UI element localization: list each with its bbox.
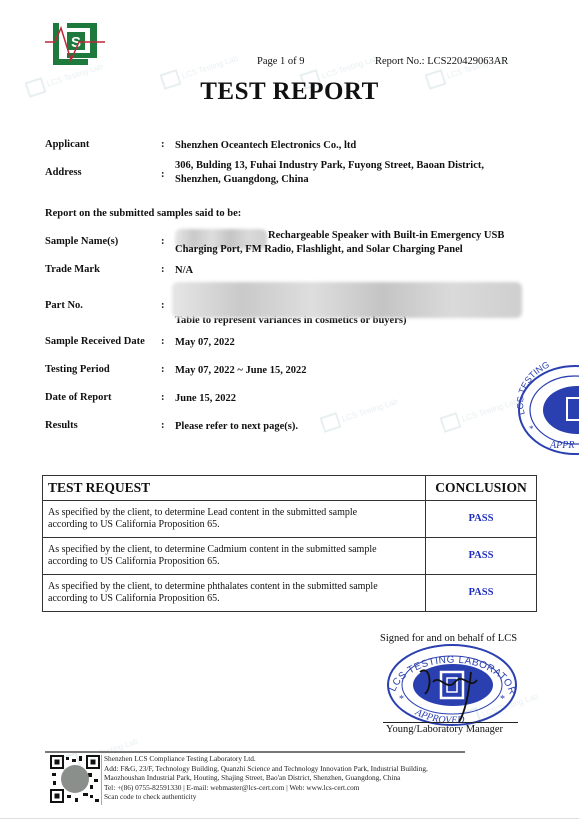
address-value: 306, Bulding 13, Fuhai Industry Park, Fu…: [175, 159, 535, 187]
footer-lab-name: Shenzhen LCS Compliance Testing Laborato…: [104, 754, 428, 764]
request-line: according to US California Proposition 6…: [48, 519, 420, 532]
testing-period-value: May 07, 2022 ~ June 15, 2022: [175, 364, 535, 378]
table-row: As specified by the client, to determine…: [43, 538, 537, 575]
lab-approval-stamp-icon: LCS TESTING LABORATORY APPROVED * *: [385, 642, 520, 727]
colon: :: [161, 392, 165, 403]
colon: :: [161, 336, 165, 347]
footer-contact: Tel: +(86) 0755-82591330 | E-mail: webma…: [104, 783, 428, 793]
results-label: Results: [45, 420, 78, 431]
applicant-label: Applicant: [45, 139, 89, 150]
table-row: As specified by the client, to determine…: [43, 501, 537, 538]
test-request-cell: As specified by the client, to determine…: [43, 501, 426, 538]
conclusion-cell: PASS: [426, 575, 537, 612]
svg-text:*: *: [529, 424, 534, 434]
date-of-report-label: Date of Report: [45, 392, 111, 403]
colon: :: [161, 139, 165, 150]
sample-name-label: Sample Name(s): [45, 236, 118, 247]
footer-lab-info: Shenzhen LCS Compliance Testing Laborato…: [104, 754, 428, 802]
footer-address-line: Maozhoushan Industrial Park, Houting, Sh…: [104, 773, 428, 783]
request-line: As specified by the client, to determine…: [48, 507, 420, 520]
testing-period-label: Testing Period: [45, 364, 110, 375]
qr-code-icon[interactable]: [50, 755, 100, 803]
svg-text:APPR: APPR: [549, 440, 574, 451]
page-title: TEST REPORT: [0, 78, 579, 106]
svg-text:*: *: [500, 694, 505, 705]
trade-mark-value: N/A: [175, 264, 535, 278]
request-line: according to US California Proposition 6…: [48, 593, 420, 606]
footer-divider: [45, 751, 465, 753]
lcs-logo-icon: S: [45, 20, 105, 70]
page-number: Page 1 of 9: [257, 56, 305, 67]
signer-name: Young/Laboratory Manager: [386, 724, 503, 735]
footer-address-line: Add: F&G, 23/F, Technology Building, Qua…: [104, 764, 428, 774]
test-request-cell: As specified by the client, to determine…: [43, 538, 426, 575]
part-no-label: Part No.: [45, 300, 83, 311]
address-line-1: 306, Bulding 13, Fuhai Industry Park, Fu…: [175, 159, 535, 173]
request-line: according to US California Proposition 6…: [48, 556, 420, 569]
footer-vertical-divider: [101, 755, 102, 805]
colon: :: [161, 300, 165, 311]
colon: :: [161, 236, 165, 247]
trade-mark-label: Trade Mark: [45, 264, 100, 275]
footer-scan-hint: Scan code to check authenticity: [104, 792, 428, 802]
table-row: As specified by the client, to determine…: [43, 575, 537, 612]
section-heading: Report on the submitted samples said to …: [45, 208, 241, 219]
address-line-2: Shenzhen, Guangdong, China: [175, 173, 535, 187]
signature-line: [383, 722, 518, 723]
conclusion-cell: PASS: [426, 501, 537, 538]
redacted-block: [172, 282, 522, 318]
test-request-cell: As specified by the client, to determine…: [43, 575, 426, 612]
results-value: Please refer to next page(s).: [175, 420, 535, 434]
page-bottom-border: [0, 818, 579, 819]
sample-name-line-2: Charging Port, FM Radio, Flashlight, and…: [175, 243, 535, 257]
address-label: Address: [45, 167, 82, 178]
sample-name-line-1: Rechargeable Speaker with Built-in Emerg…: [268, 229, 538, 243]
column-header-conclusion: CONCLUSION: [426, 476, 537, 501]
sample-received-date-value: May 07, 2022: [175, 336, 535, 350]
applicant-value: Shenzhen Oceantech Electronics Co., ltd: [175, 139, 535, 153]
colon: :: [161, 420, 165, 431]
report-number: Report No.: LCS220429063AR: [375, 56, 508, 67]
colon: :: [161, 169, 165, 180]
colon: :: [161, 264, 165, 275]
test-request-table: TEST REQUEST CONCLUSION As specified by …: [42, 475, 537, 612]
sample-received-date-label: Sample Received Date: [45, 336, 145, 347]
svg-text:*: *: [399, 694, 404, 705]
request-line: As specified by the client, to determine…: [48, 544, 420, 557]
colon: :: [161, 364, 165, 375]
approved-stamp-icon: LCS TESTING * APPR: [515, 362, 579, 457]
date-of-report-value: June 15, 2022: [175, 392, 535, 406]
request-line: As specified by the client, to determine…: [48, 581, 420, 594]
column-header-test-request: TEST REQUEST: [43, 476, 426, 501]
conclusion-cell: PASS: [426, 538, 537, 575]
